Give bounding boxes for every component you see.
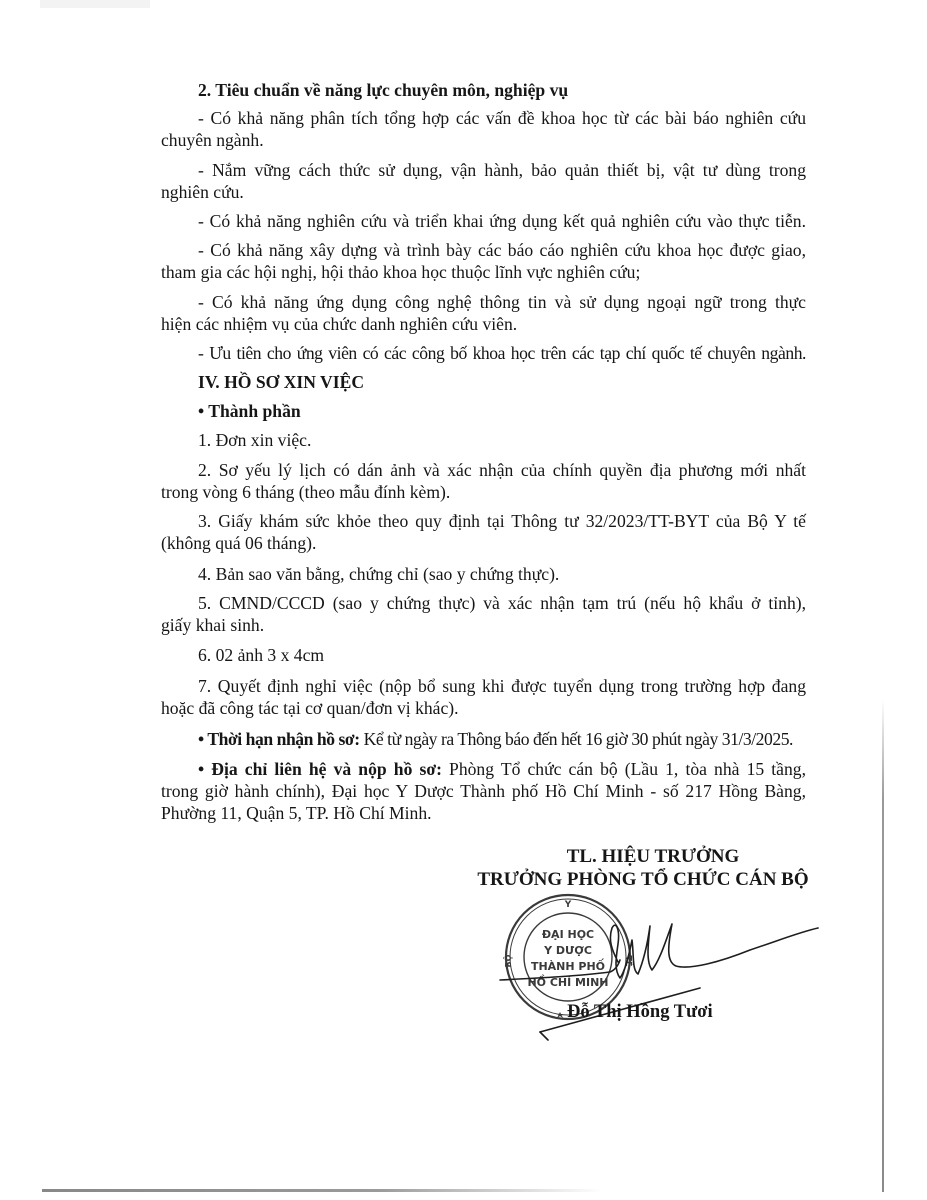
scan-artifact-right-edge — [882, 700, 884, 1192]
paragraph-line: hiện các nhiệm vụ của chức danh nghiên c… — [161, 313, 806, 335]
document-page: 2. Tiêu chuẩn về năng lực chuyên môn, ng… — [0, 0, 927, 1200]
address-text: Phòng Tổ chức cán bộ (Lầu 1, tòa nhà 15 … — [442, 759, 806, 779]
signatory-title: TL. HIỆU TRƯỞNG — [443, 846, 863, 868]
paragraph-line: - Nắm vững cách thức sử dụng, vận hành, … — [198, 159, 806, 181]
list-item: 7. Quyết định nghỉ việc (nộp bổ sung khi… — [198, 675, 806, 697]
paragraph-line: - Có khả năng nghiên cứu và triển khai ứ… — [198, 210, 806, 232]
address-line: trong giờ hành chính), Đại học Y Dược Th… — [161, 780, 806, 802]
scan-artifact-bottom-edge — [42, 1189, 602, 1192]
address-label: • Địa chỉ liên hệ và nộp hồ sơ: — [198, 759, 442, 779]
paragraph-line: - Có khả năng ứng dụng công nghệ thông t… — [198, 291, 806, 313]
list-item: 3. Giấy khám sức khỏe theo quy định tại … — [198, 510, 806, 532]
handwritten-signature — [480, 900, 820, 1050]
address-line: Phường 11, Quận 5, TP. Hồ Chí Minh. — [161, 802, 806, 824]
signatory-name: Đỗ Thị Hồng Tươi — [567, 1001, 713, 1023]
address-line: • Địa chỉ liên hệ và nộp hồ sơ: Phòng Tổ… — [198, 758, 806, 780]
list-item: hoặc đã công tác tại cơ quan/đơn vị khác… — [161, 697, 806, 719]
list-item: 1. Đơn xin việc. — [198, 429, 806, 451]
subsection-heading: • Thành phần — [198, 400, 806, 422]
paragraph-line: - Có khả năng xây dựng và trình bày các … — [198, 239, 806, 261]
deadline-line: • Thời hạn nhận hồ sơ: Kể từ ngày ra Thô… — [198, 728, 806, 750]
deadline-label: • Thời hạn nhận hồ sơ: — [198, 729, 360, 749]
paragraph-line: tham gia các hội nghị, hội thảo khoa học… — [161, 261, 806, 283]
section-heading: IV. HỒ SƠ XIN VIỆC — [198, 371, 806, 393]
scan-artifact-top — [40, 0, 150, 8]
list-item: 6. 02 ảnh 3 x 4cm — [198, 644, 806, 666]
list-item: (không quá 06 tháng). — [161, 532, 806, 554]
list-item: 2. Sơ yếu lý lịch có dán ảnh và xác nhận… — [198, 459, 806, 481]
paragraph-line: - Có khả năng phân tích tổng hợp các vấn… — [198, 107, 806, 129]
list-item: 4. Bản sao văn bằng, chứng chỉ (sao y ch… — [198, 563, 806, 585]
paragraph-line: chuyên ngành. — [161, 129, 806, 151]
deadline-text: Kể từ ngày ra Thông báo đến hết 16 giờ 3… — [360, 729, 793, 749]
paragraph-line: nghiên cứu. — [161, 181, 806, 203]
list-item: 5. CMND/CCCD (sao y chứng thực) và xác n… — [198, 592, 806, 614]
section-heading: 2. Tiêu chuẩn về năng lực chuyên môn, ng… — [198, 79, 806, 101]
list-item: trong vòng 6 tháng (theo mẫu đính kèm). — [161, 481, 806, 503]
list-item: giấy khai sinh. — [161, 614, 806, 636]
paragraph-line: - Ưu tiên cho ứng viên có các công bố kh… — [198, 342, 806, 364]
